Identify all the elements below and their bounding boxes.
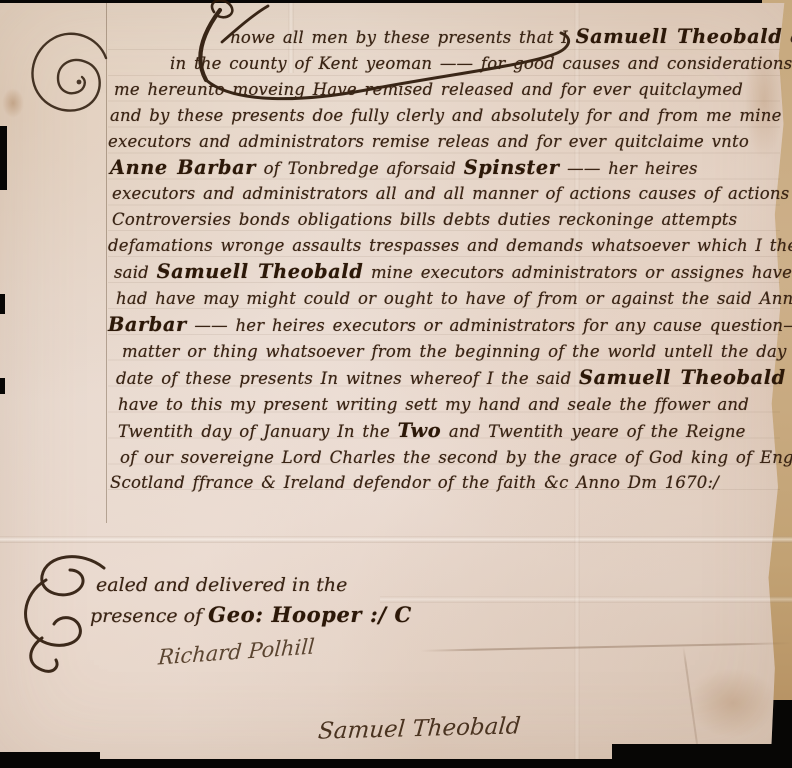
line-text: Scotland ffrance & Ireland defendor of t… <box>110 473 719 492</box>
line-text: executors and administrators remise rele… <box>108 132 749 151</box>
manuscript-line: Scotland ffrance & Ireland defendor of t… <box>108 470 780 496</box>
name-anne-barbar: Anne Barbar <box>110 156 256 179</box>
line-text: in the county of Kent yeoman —— for good… <box>170 54 792 73</box>
line-text: matter or thing whatsoever from the begi… <box>122 342 792 361</box>
manuscript-line: executors and administrators all and all… <box>108 181 780 207</box>
manuscript-line: Controversies bonds obligations bills de… <box>108 207 780 233</box>
name-samuell-theobald: Samuell Theobald <box>157 260 364 283</box>
name-samuell-theobald: Samuell Theobald <box>576 25 783 48</box>
line-text: of Tonbredge aforsaid <box>256 159 464 178</box>
manuscript-line: defamations wronge assaults trespasses a… <box>108 233 780 259</box>
manuscript-line: said Samuell Theobald mine executors adm… <box>108 259 780 286</box>
line-text: —— her heires <box>560 159 698 178</box>
manuscript-line: have to this my present writing sett my … <box>108 392 780 418</box>
deed-text-block: nowe all men by these presents that I Sa… <box>108 24 780 496</box>
manuscript-line: matter or thing whatsoever from the begi… <box>108 339 780 365</box>
line-text: and Twentith yeare of the Reigne <box>441 422 745 441</box>
line-text: had have may might could or ought to hav… <box>116 289 792 308</box>
name-barbar: Barbar <box>108 313 187 336</box>
word-two: Two <box>398 419 442 442</box>
line-text: of Tonbredge <box>782 28 792 47</box>
line-text: nowe all men by these presents that I <box>230 28 576 47</box>
manuscript-line: date of these presents In witnes whereof… <box>108 365 780 392</box>
line-text: Twentith day of January In the <box>118 422 398 441</box>
scan-gap <box>0 752 100 768</box>
scan-gap <box>0 294 5 314</box>
manuscript-line: me hereunto moveing Have remised release… <box>108 77 780 103</box>
witness-name-geo-hooper: Geo: Hooper :/ C <box>208 602 412 627</box>
manuscript-line: executors and administrators remise rele… <box>108 129 780 155</box>
manuscript-line: Anne Barbar of Tonbredge aforsaid Spinst… <box>108 155 780 182</box>
line-text: have to this my present writing sett my … <box>118 395 749 414</box>
attestation-text: ealed and delivered in the <box>96 574 347 596</box>
line-text: and by these presents doe fully clerly a… <box>110 106 782 125</box>
line-text: Controversies bonds obligations bills de… <box>112 210 737 229</box>
attestation-line-1: ealed and delivered in the <box>96 574 347 596</box>
manuscript-line: nowe all men by these presents that I Sa… <box>108 24 780 51</box>
line-text: said <box>114 263 157 282</box>
scan-gap <box>0 126 7 190</box>
line-text: of our sovereigne Lord Charles the secon… <box>120 448 792 467</box>
manuscript-line: and by these presents doe fully clerly a… <box>108 103 780 129</box>
attestation-line-2: presence of Geo: Hooper :/ C <box>90 602 412 627</box>
attestation-text: presence of <box>90 605 208 627</box>
signature-text: Samuel Theobald <box>317 713 521 744</box>
manuscript-line: Twentith day of January In the Two and T… <box>108 418 780 445</box>
line-text: defamations wronge assaults trespasses a… <box>108 236 792 255</box>
signature-samuel-theobald: Samuel Theobald <box>317 713 521 744</box>
line-text: executors and administrators all and all… <box>112 184 792 203</box>
name-samuell-theobald: Samuell Theobald <box>579 366 786 389</box>
line-text: mine executors administrators or assigne… <box>363 263 792 282</box>
manuscript-line: of our sovereigne Lord Charles the secon… <box>108 445 780 471</box>
margin-rule-line <box>106 3 107 523</box>
word-spinster: Spinster <box>464 156 560 179</box>
scan-gap <box>612 744 792 768</box>
manuscript-line: had have may might could or ought to hav… <box>108 286 780 312</box>
line-text: me hereunto moveing Have remised release… <box>114 80 743 99</box>
manuscript-line: in the county of Kent yeoman —— for good… <box>108 51 780 77</box>
line-text: —— her heires executors or administrator… <box>187 316 792 335</box>
scan-gap <box>0 378 5 394</box>
line-text: date of these presents In witnes whereof… <box>116 369 579 388</box>
manuscript-line: Barbar —— her heires executors or admini… <box>108 312 780 339</box>
